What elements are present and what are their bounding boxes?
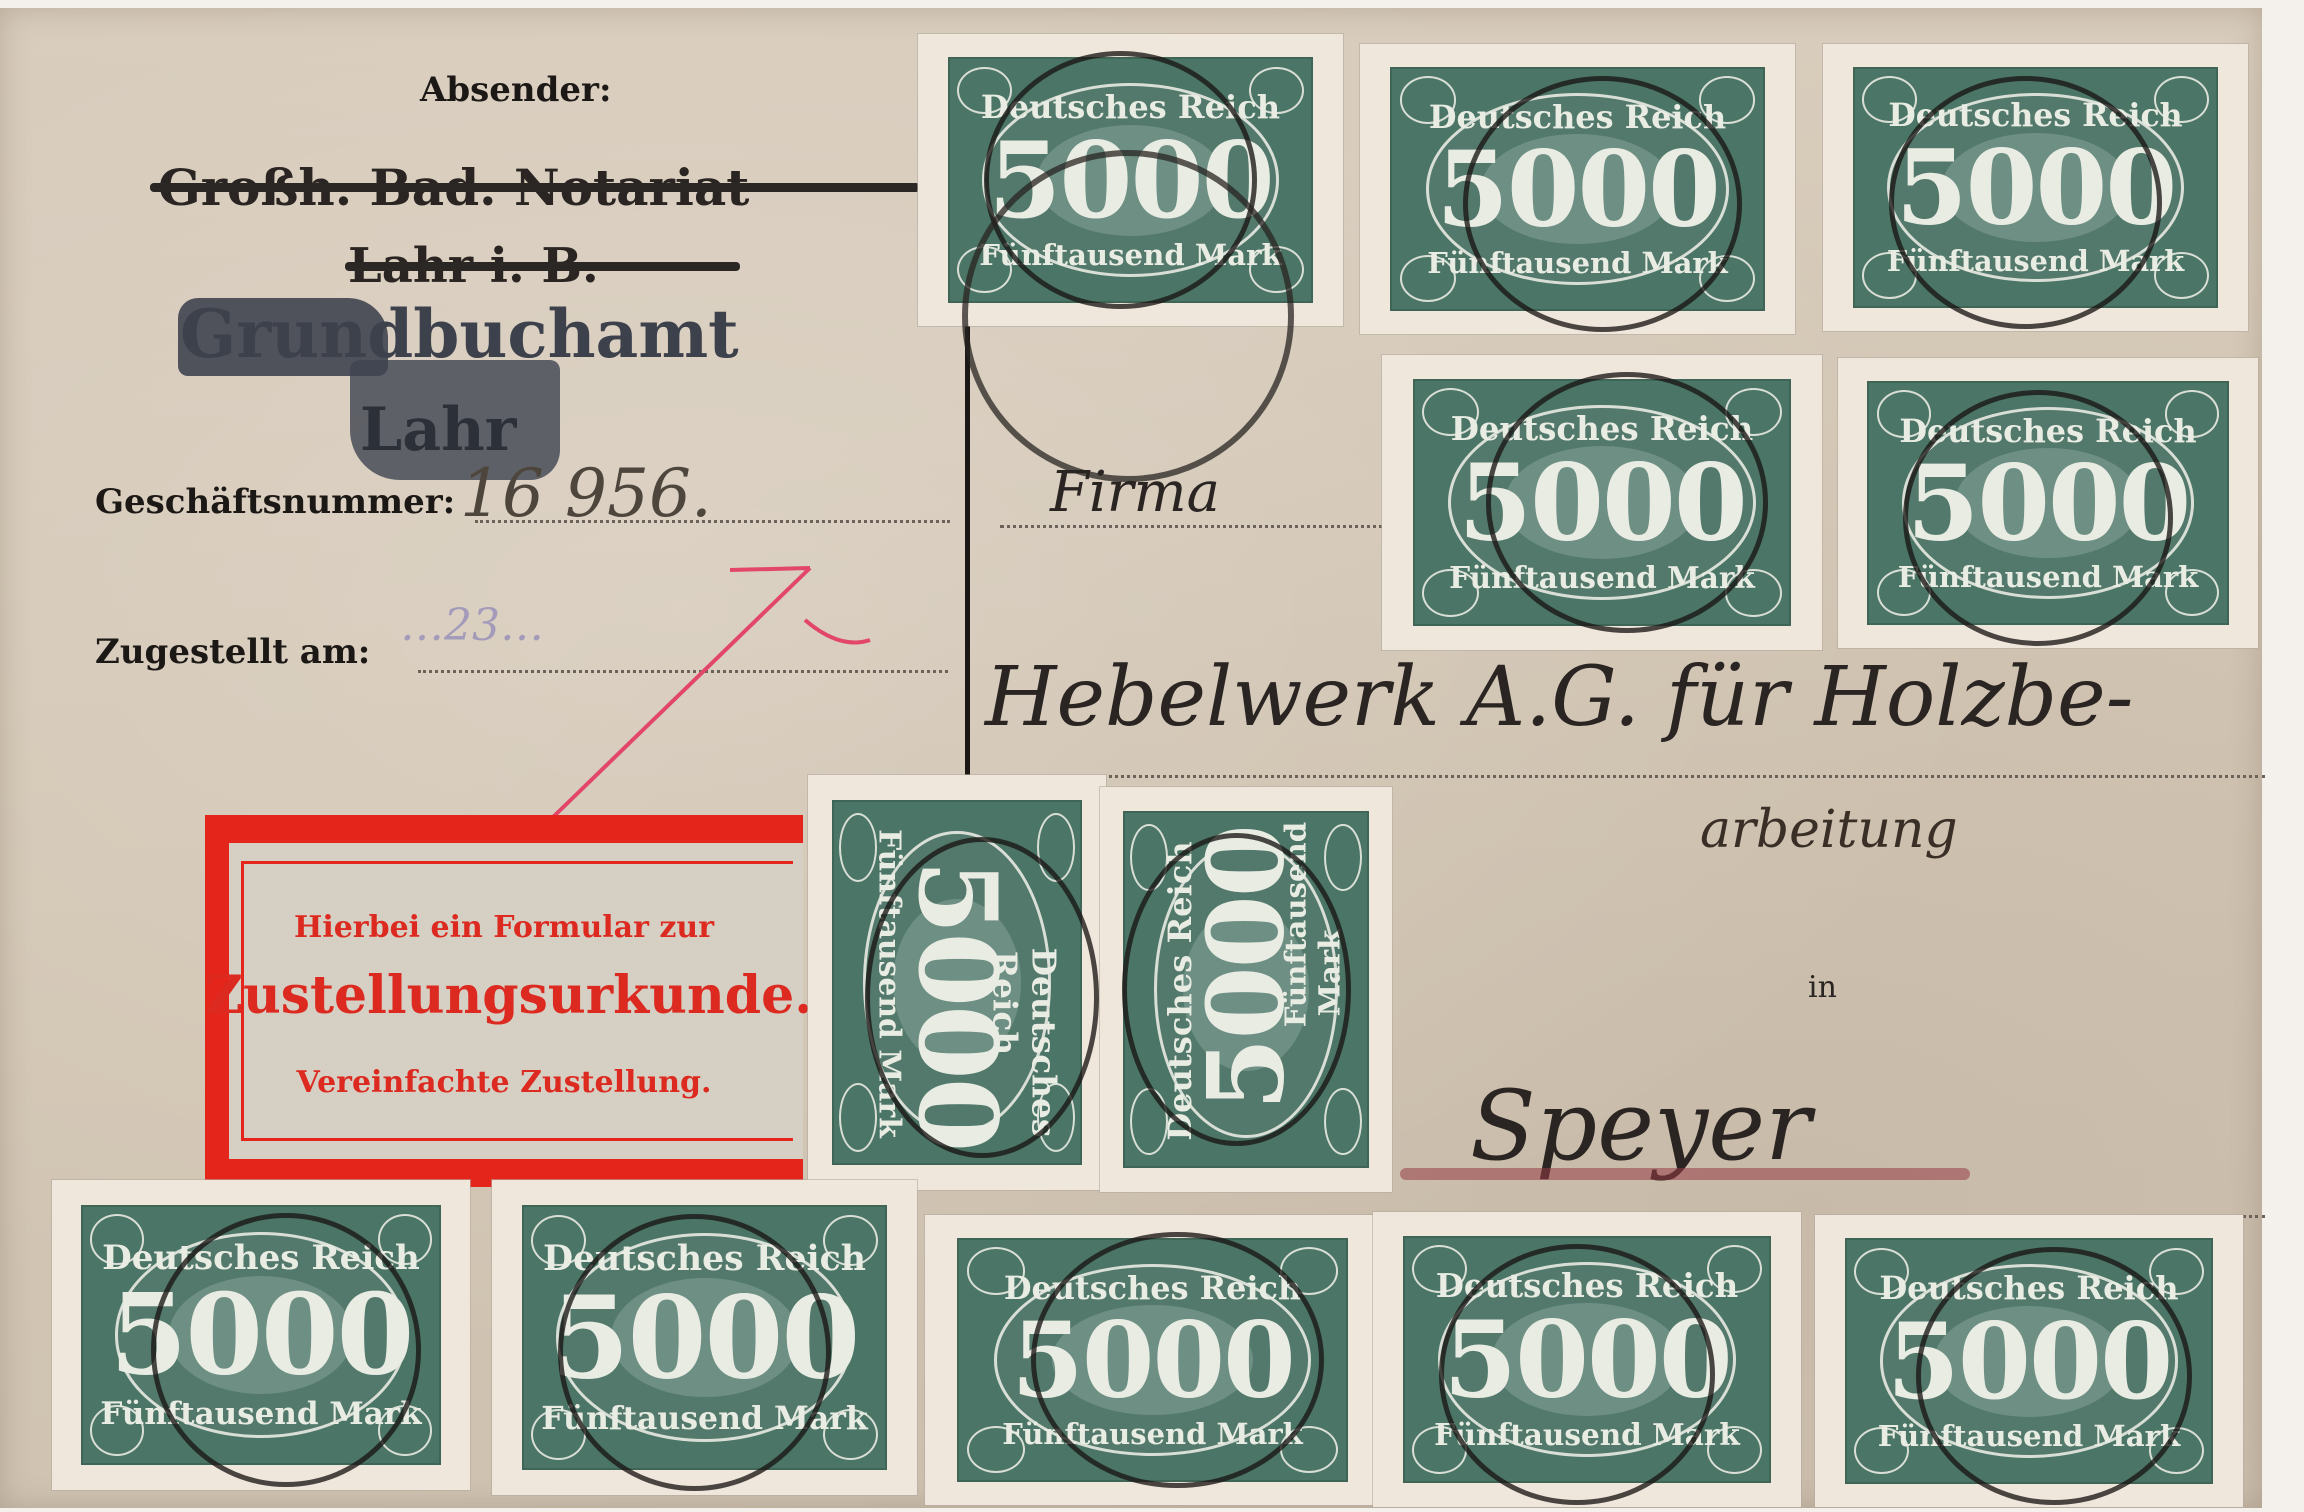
postage-stamp: 5000Deutsches ReichFünftausend Mark (1823, 44, 2248, 331)
in-label: in (1808, 970, 1837, 1005)
delivery-label: Hierbei ein Formular zur Zustellungsurku… (205, 815, 803, 1187)
postage-stamp: 5000Deutsches ReichFünftausend Mark (492, 1180, 917, 1495)
label-line3: Vereinfachte Zustellung. (205, 1065, 803, 1100)
cancellation-mark (1486, 372, 1769, 633)
cancellation-mark (1903, 390, 2173, 647)
postage-stamp: 5000Deutsches ReichFünftausend Mark (1838, 358, 2258, 648)
postage-stamp: 5000Deutsches ReichFünftausend Mark (1100, 787, 1392, 1192)
postage-stamp: 5000Deutsches ReichFünftausend Mark (808, 775, 1106, 1190)
sender-heading: Absender: (420, 70, 612, 110)
postage-stamp: 5000Deutsches ReichFünftausend Mark (1815, 1215, 2243, 1507)
case-number-label: Geschäftsnummer: (95, 482, 455, 522)
cancellation-mark (1889, 76, 2163, 330)
recipient-name-cont: arbeitung (1700, 800, 1958, 860)
cancellation-mark (558, 1214, 832, 1492)
cancellation-mark (1463, 76, 1743, 333)
recipient-name: Hebelwerk A.G. für Holzbe- (985, 650, 2133, 745)
postage-stamp: 5000Deutsches ReichFünftausend Mark (1360, 44, 1795, 334)
cancellation-mark (151, 1213, 420, 1487)
rubber-stamp-line1: Grundbuchamt (180, 295, 739, 373)
label-line1: Hierbei ein Formular zur (205, 910, 803, 945)
postage-stamp: 5000Deutsches ReichFünftausend Mark (1382, 355, 1822, 650)
postage-stamp: 5000Deutsches ReichFünftausend Mark (52, 1180, 470, 1490)
case-number-dotted-line (475, 520, 950, 523)
recipient-city: Speyer (1470, 1070, 1811, 1182)
delivered-label: Zugestellt am: (95, 632, 370, 672)
delivered-pencil-note: …23… (400, 600, 544, 651)
red-crayon-underline (1400, 1168, 1970, 1180)
recipient-line2-dots (1000, 775, 2265, 778)
label-line2: Zustellungsurkunde. (205, 965, 803, 1026)
cancellation-mark (1916, 1247, 2191, 1505)
strike-line-1 (150, 183, 920, 192)
recipient-line1-dots (1000, 525, 1390, 528)
postmark-lahr (962, 150, 1294, 482)
cancellation-mark (865, 837, 1099, 1158)
cancellation-mark (1439, 1244, 1714, 1505)
postage-stamp: 5000Deutsches ReichFünftausend Mark (925, 1215, 1380, 1505)
strike-line-2 (345, 262, 740, 271)
postage-stamp: 5000Deutsches ReichFünftausend Mark (1373, 1212, 1801, 1507)
cancellation-mark (1122, 833, 1351, 1147)
cancellation-mark (1031, 1232, 1323, 1489)
